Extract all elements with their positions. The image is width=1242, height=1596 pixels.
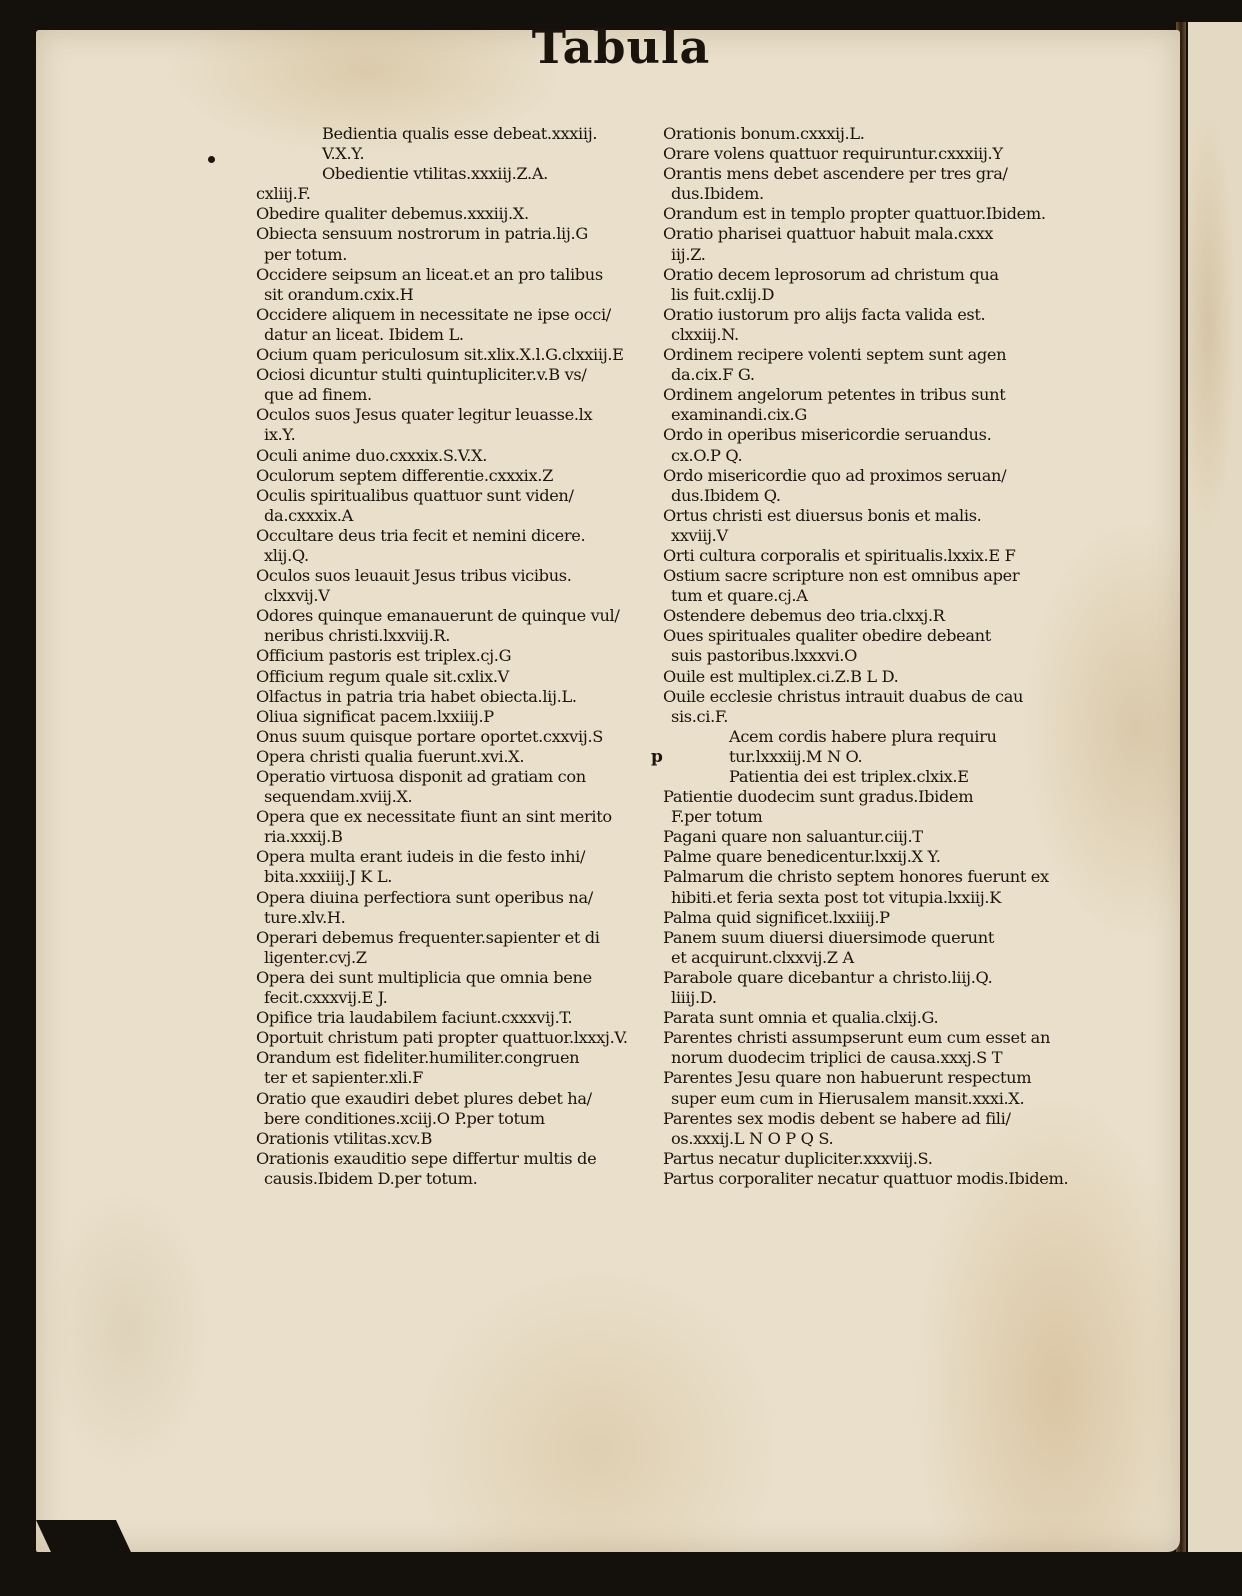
entry-heading-line: Palmarum die christo septem honores fuer… [663,867,1045,887]
index-entry: Obiecta sensuum nostrorum in patria.lij.… [256,224,638,264]
index-entry: Oues spirituales qualiter obedire debean… [663,626,1045,666]
entry-heading-line: Parentes sex modis debent se habere ad f… [663,1109,1045,1129]
index-entry: Oratio decem leprosorum ad christum qual… [663,265,1045,305]
index-entry: Ociosi dicuntur stulti quintupliciter.v.… [256,365,638,405]
entry-heading-line: Obiecta sensuum nostrorum in patria.lij.… [256,224,638,244]
entry-continuation-line: cx.O.P Q. [663,446,1045,466]
entry-continuation-line: liiij.D. [663,988,1045,1008]
entry-heading-line: Orandum est in templo propter quattuor.I… [663,204,1045,224]
entry-continuation-line: datur an liceat. Ibidem L. [256,325,638,345]
index-entry: Parata sunt omnia et qualia.clxij.G. [663,1008,1045,1028]
index-entry: Oratio que exaudiri debet plures debet h… [256,1089,638,1129]
entry-heading-line: Palme quare benedicentur.lxxij.X Y. [663,847,1045,867]
index-entry: Bedientia qualis esse debeat.xxxiij.V.X.… [256,124,638,164]
entry-heading-line: Oculos suos Jesus quater legitur leuasse… [256,405,638,425]
entry-heading-line: Parata sunt omnia et qualia.clxij.G. [663,1008,1045,1028]
entry-heading-line: Ostium sacre scripture non est omnibus a… [663,566,1045,586]
page-title: Tabula [0,20,1242,74]
entry-continuation-line: F.per totum [663,807,1045,827]
index-entry: Orandum est fideliter.humiliter.congruen… [256,1048,638,1088]
entry-heading-line: Opera diuina perfectiora sunt operibus n… [256,888,638,908]
index-entry: Onus suum quisque portare oportet.cxxvij… [256,727,638,747]
entry-continuation-line: tum et quare.cj.A [663,586,1045,606]
entry-heading-line: Occidere seipsum an liceat.et an pro tal… [256,265,638,285]
index-entry: Orationis vtilitas.xcv.B [256,1129,638,1149]
entry-heading-line: Opera dei sunt multiplicia que omnia ben… [256,968,638,988]
entry-heading-line: Onus suum quisque portare oportet.cxxvij… [256,727,638,747]
index-entry: Officium pastoris est triplex.cj.G [256,646,638,666]
entry-continuation-line: V.X.Y. [256,144,638,164]
entry-heading-line: Parabole quare dicebantur a christo.liij… [663,968,1045,988]
entry-heading-line: Oratio pharisei quattuor habuit mala.cxx… [663,224,1045,244]
entry-continuation-line: os.xxxij.L N O P Q S. [663,1129,1045,1149]
entry-continuation-line: que ad finem. [256,385,638,405]
entry-heading-line: Opera christi qualia fuerunt.xvi.X. [256,747,638,767]
index-entry: Oculis spiritualibus quattuor sunt viden… [256,486,638,526]
index-entry: Ouile ecclesie christus intrauit duabus … [663,687,1045,727]
entry-heading-line: Orationis exauditio sepe differtur multi… [256,1149,638,1169]
entry-continuation-line: neribus christi.lxxviij.R. [256,626,638,646]
index-entry: Palma quid significet.lxxiiij.P [663,908,1045,928]
entry-continuation-line: bita.xxxiiij.J K L. [256,867,638,887]
entry-continuation-line: clxxiij.N. [663,325,1045,345]
facing-page-edge [1188,22,1242,1552]
entry-continuation-line: da.cix.F G. [663,365,1045,385]
entry-heading-line: Ordinem recipere volenti septem sunt age… [663,345,1045,365]
entry-heading-line: Officium regum quale sit.cxlix.V [256,667,638,687]
entry-heading-line: Opifice tria laudabilem faciunt.cxxxvij.… [256,1008,638,1028]
entry-heading-line: Oratio decem leprosorum ad christum qua [663,265,1045,285]
entry-heading-line: Oues spirituales qualiter obedire debean… [663,626,1045,646]
entry-continuation-line: sit orandum.cxix.H [256,285,638,305]
entry-continuation-line: hibiti.et feria sexta post tot vitupia.l… [663,888,1045,908]
entry-continuation-line: ter et sapienter.xli.F [256,1068,638,1088]
entry-heading-line: Oculos suos leuauit Jesus tribus vicibus… [256,566,638,586]
entry-continuation-line: lis fuit.cxlij.D [663,285,1045,305]
entry-continuation-line: da.cxxxix.A [256,506,638,526]
index-column-left: Bedientia qualis esse debeat.xxxiij.V.X.… [256,124,638,1189]
entry-continuation-line: ria.xxxij.B [256,827,638,847]
index-entry: Ordo misericordie quo ad proximos seruan… [663,466,1045,506]
entry-heading-line: Acem cordis habere plura requiru [663,727,1045,747]
index-entry: Opera christi qualia fuerunt.xvi.X. [256,747,638,767]
index-entry: Orare volens quattuor requiruntur.cxxxii… [663,144,1045,164]
index-entry: Parentes Jesu quare non habuerunt respec… [663,1068,1045,1108]
index-entry: Opera dei sunt multiplicia que omnia ben… [256,968,638,1008]
entry-continuation-line: dus.Ibidem. [663,184,1045,204]
index-entry: Partus corporaliter necatur quattuor mod… [663,1169,1045,1189]
index-entry: Ortus christi est diuersus bonis et mali… [663,506,1045,546]
section-letter: p [651,747,663,767]
entry-heading-line: Opera multa erant iudeis in die festo in… [256,847,638,867]
entry-continuation-line: tur.lxxxiij.M N O. [663,747,1045,767]
entry-heading-line: Orandum est fideliter.humiliter.congruen [256,1048,638,1068]
entry-continuation-line: examinandi.cix.G [663,405,1045,425]
index-entry: Ordinem recipere volenti septem sunt age… [663,345,1045,385]
index-entry: Operatio virtuosa disponit ad gratiam co… [256,767,638,807]
entry-heading-line: Oculis spiritualibus quattuor sunt viden… [256,486,638,506]
entry-heading-line: Occultare deus tria fecit et nemini dice… [256,526,638,546]
entry-continuation-line: fecit.cxxxvij.E J. [256,988,638,1008]
index-entry: Panem suum diuersi diuersimode queruntet… [663,928,1045,968]
entry-heading-line: Parentes christi assumpserunt eum cum es… [663,1028,1045,1048]
entry-heading-line: Ostendere debemus deo tria.clxxj.R [663,606,1045,626]
index-entry: Ocium quam periculosum sit.xlix.X.l.G.cl… [256,345,638,365]
entry-continuation-line: clxxvij.V [256,586,638,606]
entry-continuation-line: sequendam.xviij.X. [256,787,638,807]
index-entry: Oportuit christum pati propter quattuor.… [256,1028,638,1048]
entry-heading-line: Orare volens quattuor requiruntur.cxxxii… [663,144,1045,164]
index-entry: Ouile est multiplex.ci.Z.B L D. [663,667,1045,687]
entry-heading-line: Ordinem angelorum petentes in tribus sun… [663,385,1045,405]
entry-continuation-line: ix.Y. [256,425,638,445]
entry-heading-line: Orti cultura corporalis et spiritualis.l… [663,546,1045,566]
entry-heading-line: Palma quid significet.lxxiiij.P [663,908,1045,928]
index-entry: Ostium sacre scripture non est omnibus a… [663,566,1045,606]
index-entry: Orantis mens debet ascendere per tres gr… [663,164,1045,204]
index-entry: Odores quinque emanauerunt de quinque vu… [256,606,638,646]
entry-continuation-line: bere conditiones.xciij.O P.per totum [256,1109,638,1129]
entry-continuation-line: causis.Ibidem D.per totum. [256,1169,638,1189]
entry-heading-line: Ordo misericordie quo ad proximos seruan… [663,466,1045,486]
entry-heading-line: Oculi anime duo.cxxxix.S.V.X. [256,446,638,466]
entry-continuation-line: suis pastoribus.lxxxvi.O [663,646,1045,666]
entry-continuation-line: dus.Ibidem Q. [663,486,1045,506]
entry-heading-line: Occidere aliquem in necessitate ne ipse … [256,305,638,325]
entry-heading-line: Partus corporaliter necatur quattuor mod… [663,1169,1045,1189]
entry-heading-line: Orationis bonum.cxxxij.L. [663,124,1045,144]
entry-continuation-line: per totum. [256,245,638,265]
entry-heading-line: Obedientie vtilitas.xxxiij.Z.A. [256,164,638,184]
index-entry: Olfactus in patria tria habet obiecta.li… [256,687,638,707]
index-entry: Obedire qualiter debemus.xxxiij.X. [256,204,638,224]
entry-heading-line: Operatio virtuosa disponit ad gratiam co… [256,767,638,787]
entry-heading-line: Partus necatur dupliciter.xxxviij.S. [663,1149,1045,1169]
entry-heading-line: Officium pastoris est triplex.cj.G [256,646,638,666]
index-entry: Oratio iustorum pro alijs facta valida e… [663,305,1045,345]
index-entry: pAcem cordis habere plura requirutur.lxx… [663,727,1045,767]
entry-heading-line: Ouile ecclesie christus intrauit duabus … [663,687,1045,707]
index-entry: Obedientie vtilitas.xxxiij.Z.A.cxliij.F. [256,164,638,204]
entry-heading-line: Oliua significat pacem.lxxiiij.P [256,707,638,727]
index-entry: Partus necatur dupliciter.xxxviij.S. [663,1149,1045,1169]
index-entry: Patientie duodecim sunt gradus.IbidemF.p… [663,787,1045,827]
entry-heading-line: Bedientia qualis esse debeat.xxxiij. [256,124,638,144]
index-entry: Parentes sex modis debent se habere ad f… [663,1109,1045,1149]
entry-heading-line: Operari debemus frequenter.sapienter et … [256,928,638,948]
index-entry: Opera que ex necessitate fiunt an sint m… [256,807,638,847]
index-entry: Pagani quare non saluantur.ciij.T [663,827,1045,847]
index-entry: Orationis exauditio sepe differtur multi… [256,1149,638,1189]
index-entry: Orationis bonum.cxxxij.L. [663,124,1045,144]
entry-heading-line: Ocium quam periculosum sit.xlix.X.l.G.cl… [256,345,638,365]
index-entry: Ordinem angelorum petentes in tribus sun… [663,385,1045,425]
entry-heading-line: Olfactus in patria tria habet obiecta.li… [256,687,638,707]
entry-continuation-line: sis.ci.F. [663,707,1045,727]
index-entry: Oculi anime duo.cxxxix.S.V.X. [256,446,638,466]
entry-heading-line: Oculorum septem differentie.cxxxix.Z [256,466,638,486]
index-entry: Ordo in operibus misericordie seruandus.… [663,425,1045,465]
entry-continuation-line: ture.xlv.H. [256,908,638,928]
index-entry: Patientia dei est triplex.clxix.E [663,767,1045,787]
index-entry: Oculorum septem differentie.cxxxix.Z [256,466,638,486]
entry-heading-line: Oportuit christum pati propter quattuor.… [256,1028,638,1048]
entry-heading-line: Pagani quare non saluantur.ciij.T [663,827,1045,847]
entry-heading-line: Ordo in operibus misericordie seruandus. [663,425,1045,445]
entry-continuation-line: cxliij.F. [256,184,638,204]
entry-continuation-line: xxviij.V [663,526,1045,546]
entry-heading-line: Parentes Jesu quare non habuerunt respec… [663,1068,1045,1088]
entry-heading-line: Ortus christi est diuersus bonis et mali… [663,506,1045,526]
index-entry: Oculos suos leuauit Jesus tribus vicibus… [256,566,638,606]
entry-heading-line: Patientia dei est triplex.clxix.E [663,767,1045,787]
entry-heading-line: Opera que ex necessitate fiunt an sint m… [256,807,638,827]
entry-continuation-line: xlij.Q. [256,546,638,566]
entry-continuation-line: norum duodecim triplici de causa.xxxj.S … [663,1048,1045,1068]
index-entry: Opifice tria laudabilem faciunt.cxxxvij.… [256,1008,638,1028]
index-entry: Occidere seipsum an liceat.et an pro tal… [256,265,638,305]
entry-heading-line: Oratio iustorum pro alijs facta valida e… [663,305,1045,325]
index-entry: Palmarum die christo septem honores fuer… [663,867,1045,907]
index-entry: Operari debemus frequenter.sapienter et … [256,928,638,968]
index-entry: Opera diuina perfectiora sunt operibus n… [256,888,638,928]
entry-heading-line: Patientie duodecim sunt gradus.Ibidem [663,787,1045,807]
entry-heading-line: Panem suum diuersi diuersimode querunt [663,928,1045,948]
entry-heading-line: Odores quinque emanauerunt de quinque vu… [256,606,638,626]
index-entry: Occultare deus tria fecit et nemini dice… [256,526,638,566]
index-entry: Orti cultura corporalis et spiritualis.l… [663,546,1045,566]
entry-continuation-line: ligenter.cvj.Z [256,948,638,968]
entry-continuation-line: iij.Z. [663,245,1045,265]
entry-heading-line: Ouile est multiplex.ci.Z.B L D. [663,667,1045,687]
section-marker-dot-icon [208,148,215,168]
entry-heading-line: Ociosi dicuntur stulti quintupliciter.v.… [256,365,638,385]
index-entry: Parabole quare dicebantur a christo.liij… [663,968,1045,1008]
entry-heading-line: Orantis mens debet ascendere per tres gr… [663,164,1045,184]
index-entry: Parentes christi assumpserunt eum cum es… [663,1028,1045,1068]
index-entry: Occidere aliquem in necessitate ne ipse … [256,305,638,345]
entry-continuation-line: super eum cum in Hierusalem mansit.xxxi.… [663,1089,1045,1109]
index-entry: Oliua significat pacem.lxxiiij.P [256,707,638,727]
entry-heading-line: Oratio que exaudiri debet plures debet h… [256,1089,638,1109]
index-entry: Officium regum quale sit.cxlix.V [256,667,638,687]
index-entry: Opera multa erant iudeis in die festo in… [256,847,638,887]
index-entry: Oratio pharisei quattuor habuit mala.cxx… [663,224,1045,264]
index-entry: Palme quare benedicentur.lxxij.X Y. [663,847,1045,867]
entry-continuation-line: et acquirunt.clxxvij.Z A [663,948,1045,968]
entry-heading-line: Orationis vtilitas.xcv.B [256,1129,638,1149]
index-entry: Ostendere debemus deo tria.clxxj.R [663,606,1045,626]
index-column-right: Orationis bonum.cxxxij.L.Orare volens qu… [663,124,1045,1189]
entry-heading-line: Obedire qualiter debemus.xxxiij.X. [256,204,638,224]
index-entry: Orandum est in templo propter quattuor.I… [663,204,1045,224]
index-entry: Oculos suos Jesus quater legitur leuasse… [256,405,638,445]
